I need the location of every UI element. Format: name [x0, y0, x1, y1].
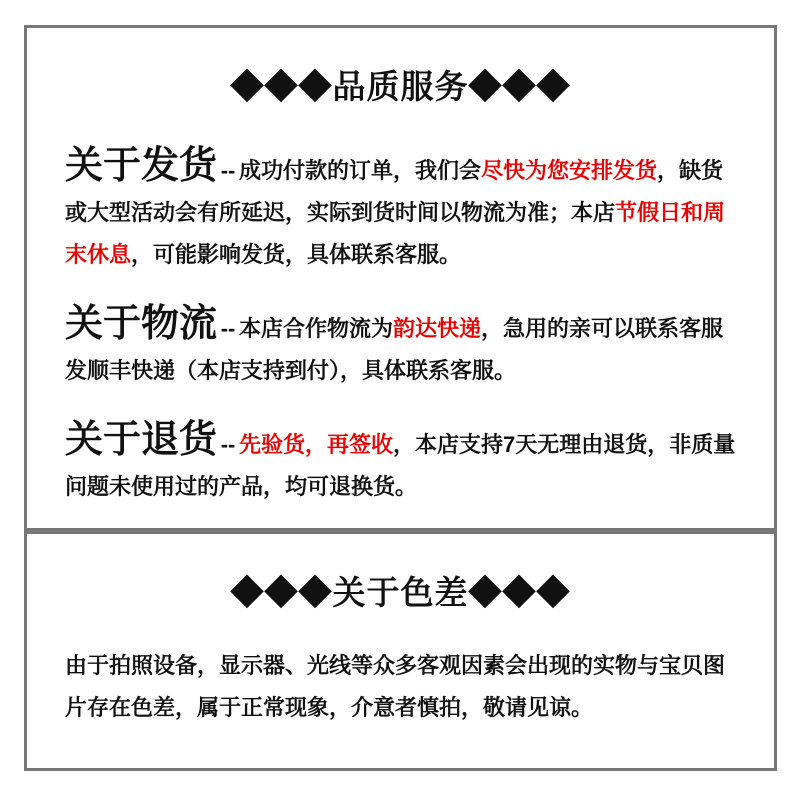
service-sections: 关于发货--成功付款的订单，我们会尽快为您安排发货，缺货或大型活动会有所延迟，实…: [27, 145, 774, 508]
highlighted-text: 韵达快递: [393, 316, 481, 341]
service-section: 关于发货--成功付款的订单，我们会尽快为您安排发货，缺货或大型活动会有所延迟，实…: [65, 145, 745, 276]
body-text: 成功付款的订单，我们会: [239, 158, 481, 183]
section-heading: 关于发货: [65, 145, 217, 187]
product-service-page: ◆◆◆品质服务◆◆◆ 关于发货--成功付款的订单，我们会尽快为您安排发货，缺货或…: [0, 0, 800, 800]
section-separator: --: [217, 150, 239, 192]
highlighted-text: 尽快为您安排发货: [481, 158, 657, 183]
section-heading: 关于物流: [65, 303, 217, 345]
service-section: 关于物流--本店合作物流为韵达快递，急用的亲可以联系客服发顺丰快递（本店支持到付…: [65, 303, 745, 392]
section-heading: 关于退货: [65, 419, 217, 461]
highlighted-text: 先验货，再签收: [239, 432, 393, 457]
color-difference-panel: ◆◆◆关于色差◆◆◆ 由于拍照设备，显示器、光线等众多客观因素会出现的实物与宝贝…: [24, 531, 777, 771]
body-text: 本店合作物流为: [239, 316, 393, 341]
color-difference-title: ◆◆◆关于色差◆◆◆: [27, 570, 774, 615]
color-difference-note: 由于拍照设备，显示器、光线等众多客观因素会出现的实物与宝贝图片存在色差，属于正常…: [27, 645, 774, 729]
service-section: 关于退货--先验货，再签收，本店支持7天无理由退货，非质量问题未使用过的产品，均…: [65, 419, 745, 508]
quality-service-panel: ◆◆◆品质服务◆◆◆ 关于发货--成功付款的订单，我们会尽快为您安排发货，缺货或…: [24, 25, 777, 531]
body-text: ，可能影响发货，具体联系客服。: [131, 242, 461, 267]
quality-service-title: ◆◆◆品质服务◆◆◆: [27, 64, 774, 109]
section-separator: --: [217, 424, 239, 466]
section-separator: --: [217, 308, 239, 350]
